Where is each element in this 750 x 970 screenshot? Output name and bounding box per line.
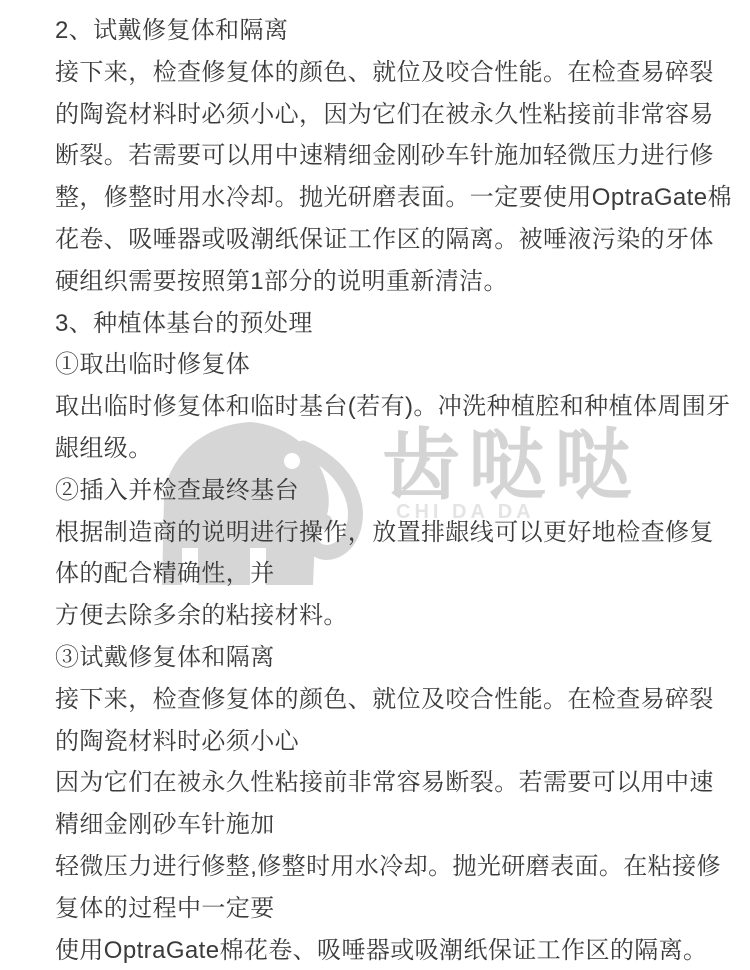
paragraph-line: 花卷、吸唾器或吸潮纸保证工作区的隔离。被唾液污染的牙体 (55, 219, 750, 261)
paragraph-line: 接下来，检查修复体的颜色、就位及咬合性能。在检查易碎裂 (55, 679, 750, 721)
step-heading: ①取出临时修复体 (55, 344, 750, 386)
paragraph-line: 方便去除多余的粘接材料。 (55, 595, 750, 637)
step-heading: ③试戴修复体和隔离 (55, 637, 750, 679)
paragraph-line: 整，修整时用水冷却。抛光研磨表面。一定要使用OptraGate棉 (55, 177, 750, 219)
paragraph-line: 的陶瓷材料时必须小心 (55, 721, 750, 763)
paragraph-line: 硬组织需要按照第1部分的说明重新清洁。 (55, 261, 750, 303)
paragraph-line: 因为它们在被永久性粘接前非常容易断裂。若需要可以用中速 (55, 762, 750, 804)
paragraph-line: 复体的过程中一定要 (55, 888, 750, 930)
paragraph-line: 轻微压力进行修整,修整时用水冷却。抛光研磨表面。在粘接修 (55, 846, 750, 888)
paragraph-line: 根据制造商的说明进行操作，放置排龈线可以更好地检查修复 (55, 512, 750, 554)
section-heading: 3、种植体基台的预处理 (55, 303, 750, 345)
document-page: 齿哒哒 CHI DA DA 2、试戴修复体和隔离 接下来，检查修复体的颜色、就位… (0, 0, 750, 970)
paragraph-line: 取出临时修复体和临时基台(若有)。冲洗种植腔和种植体周围牙 (55, 386, 750, 428)
paragraph-line: 接下来，检查修复体的颜色、就位及咬合性能。在检查易碎裂 (55, 52, 750, 94)
document-text: 2、试戴修复体和隔离 接下来，检查修复体的颜色、就位及咬合性能。在检查易碎裂 的… (0, 0, 750, 970)
paragraph-line: 使用OptraGate棉花卷、吸唾器或吸潮纸保证工作区的隔离。 (55, 930, 750, 970)
paragraph-line: 精细金刚砂车针施加 (55, 804, 750, 846)
paragraph-line: 龈组级。 (55, 428, 750, 470)
paragraph-line: 体的配合精确性，并 (55, 553, 750, 595)
paragraph-line: 断裂。若需要可以用中速精细金刚砂车针施加轻微压力进行修 (55, 135, 750, 177)
step-heading: ②插入并检查最终基台 (55, 470, 750, 512)
section-heading: 2、试戴修复体和隔离 (55, 10, 750, 52)
paragraph-line: 的陶瓷材料时必须小心，因为它们在被永久性粘接前非常容易 (55, 94, 750, 136)
